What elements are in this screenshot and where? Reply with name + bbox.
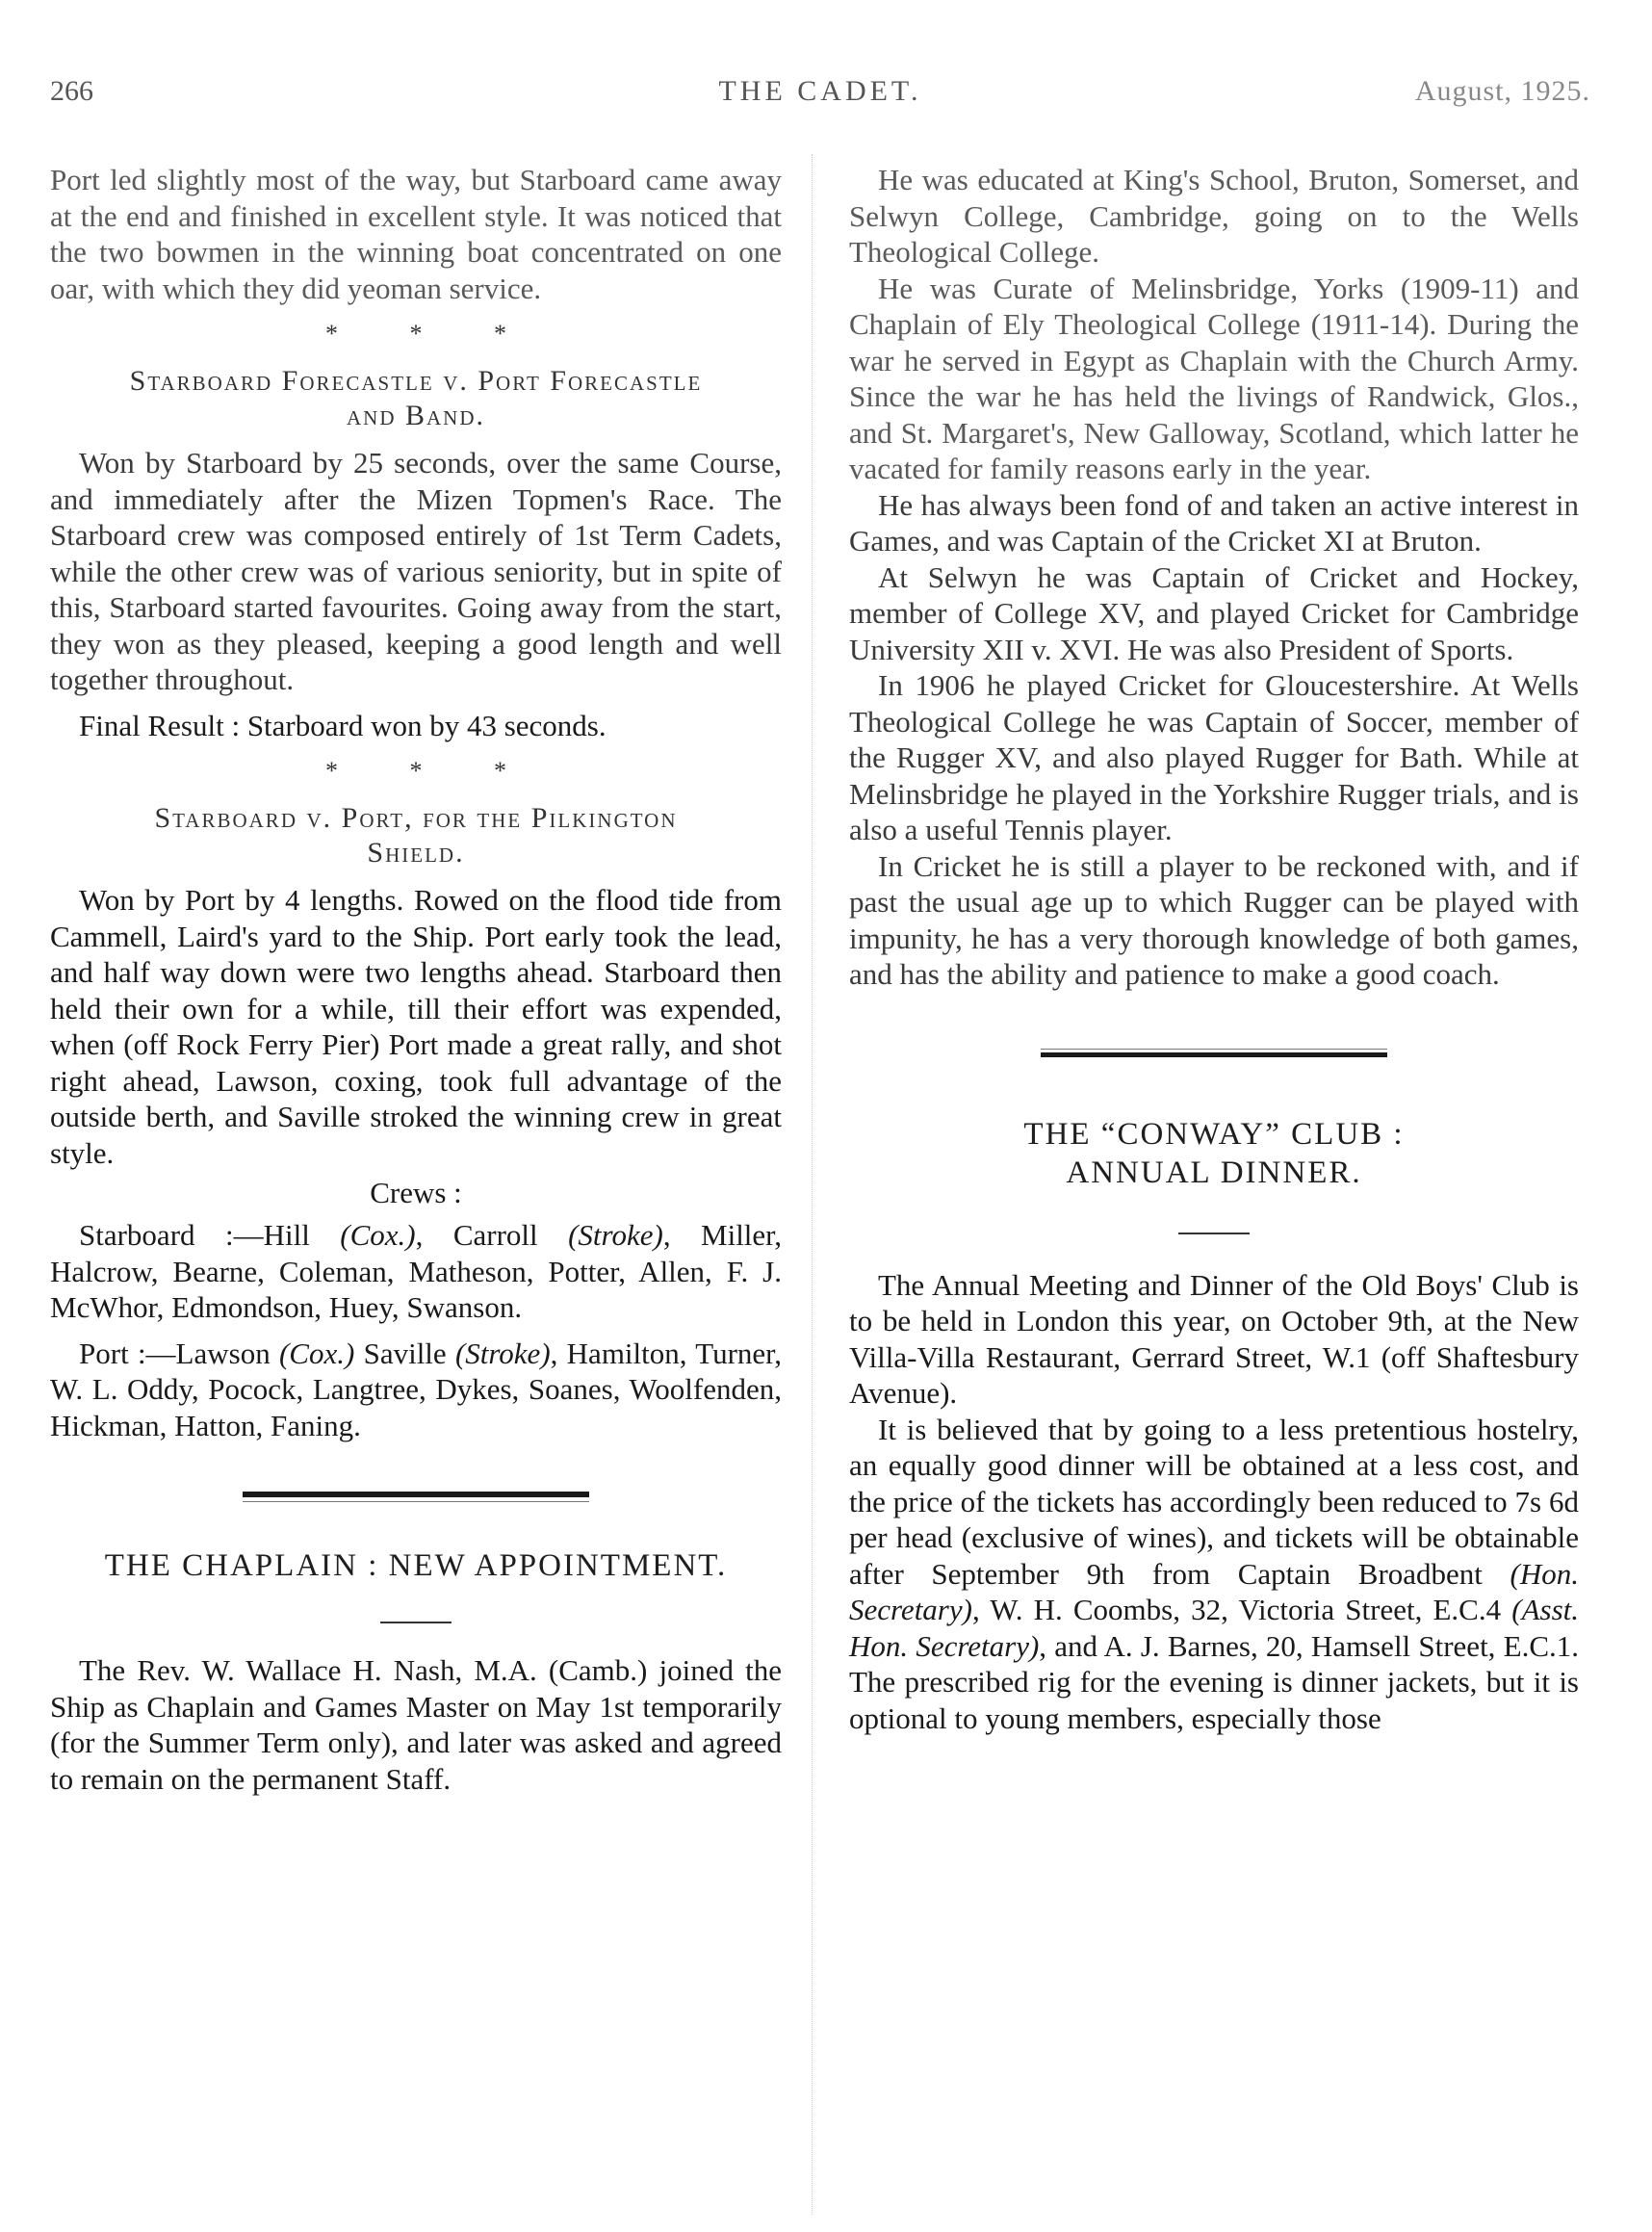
section-separator: * * * xyxy=(83,757,782,786)
conway-title-line1: THE “CONWAY” CLUB : xyxy=(849,1115,1579,1154)
chaplain-career-paragraph: He was Curate of Melinsbridge, Yorks (19… xyxy=(849,271,1579,487)
chaplain-games-paragraph: He has always been fond of and taken an … xyxy=(849,487,1579,559)
page-header: 266 THE CADET. August, 1925. xyxy=(50,75,1590,114)
race-heading-line2: Shield. xyxy=(50,836,782,870)
port-crew-list: Port :—Lawson (Cox.) Saville (Stroke), H… xyxy=(50,1336,782,1444)
column-divider xyxy=(812,154,813,2215)
crews-title: Crews : xyxy=(50,1175,782,1211)
right-column: He was educated at King's School, Bruton… xyxy=(849,162,1579,1736)
final-result: Final Result : Starboard won by 43 secon… xyxy=(50,708,782,744)
publication-title: THE CADET. xyxy=(50,75,1590,108)
race-report-forecastle: Won by Starboard by 25 seconds, over the… xyxy=(50,445,782,698)
chaplain-education-paragraph: He was educated at King's School, Bruton… xyxy=(849,162,1579,271)
chaplain-selwyn-paragraph: At Selwyn he was Captain of Cricket and … xyxy=(849,559,1579,668)
race-heading-line1: Starboard Forecastle v. Port Forecastle xyxy=(50,364,782,399)
conway-tickets-paragraph: It is believed that by going to a less p… xyxy=(849,1412,1579,1737)
race-heading-line2: and Band. xyxy=(50,399,782,433)
section-separator: * * * xyxy=(83,320,782,349)
issue-date: August, 1925. xyxy=(1415,75,1590,108)
race-heading-forecastle: Starboard Forecastle v. Port Forecastle … xyxy=(50,364,782,433)
conway-title-line2: ANNUAL DINNER. xyxy=(849,1154,1579,1192)
left-column: Port led slightly most of the way, but S… xyxy=(50,162,782,1797)
section-rule-thin xyxy=(1041,1049,1387,1050)
chaplain-gloucestershire-paragraph: In 1906 he played Cricket for Gloucester… xyxy=(849,667,1579,848)
chaplain-cricket-paragraph: In Cricket he is still a player to be re… xyxy=(849,848,1579,993)
section-rule-thick xyxy=(243,1492,589,1497)
chaplain-paragraph: The Rev. W. Wallace H. Nash, M.A. (Camb.… xyxy=(50,1652,782,1797)
race-report-pilkington: Won by Port by 4 lengths. Rowed on the f… xyxy=(50,882,782,1171)
intro-paragraph: Port led slightly most of the way, but S… xyxy=(50,162,782,306)
conway-dinner-paragraph: The Annual Meeting and Dinner of the Old… xyxy=(849,1267,1579,1412)
race-heading-pilkington: Starboard v. Port, for the Pilkington Sh… xyxy=(50,801,782,870)
starboard-crew-list: Starboard :—Hill (Cox.), Carroll (Stroke… xyxy=(50,1217,782,1326)
chaplain-article-title: THE CHAPLAIN : NEW APPOINTMENT. xyxy=(50,1546,782,1585)
conway-article-title: THE “CONWAY” CLUB : ANNUAL DINNER. xyxy=(849,1115,1579,1192)
race-heading-line1: Starboard v. Port, for the Pilkington xyxy=(50,801,782,836)
